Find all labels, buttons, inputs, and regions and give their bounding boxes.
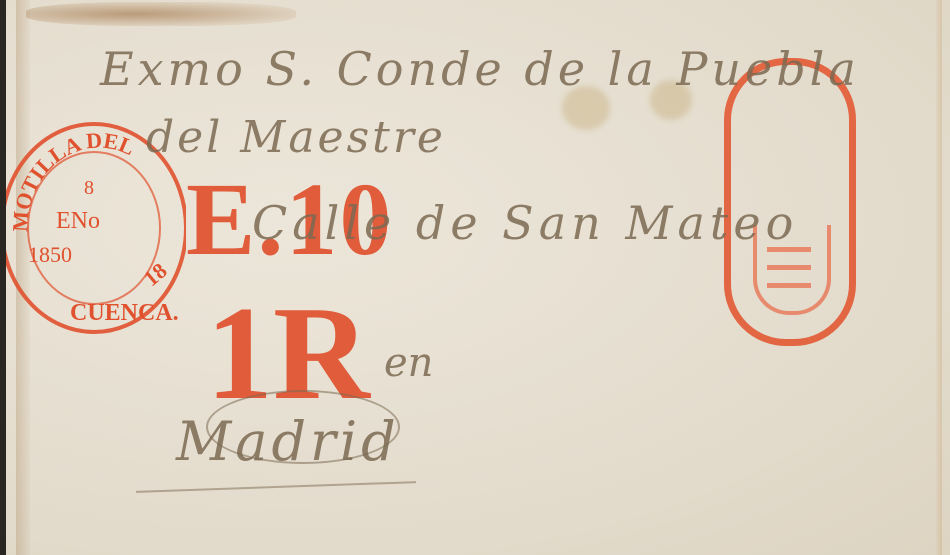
- datestamp-side-number: 18: [139, 258, 172, 291]
- datestamp-day: 8: [84, 177, 94, 199]
- address-line-4: en: [384, 340, 433, 386]
- datestamp-year: 1850: [28, 242, 72, 267]
- underline-flourish: [206, 390, 400, 464]
- address-line-2: del Maestre: [146, 112, 446, 163]
- datestamp-bottom-text: CUENCA.: [70, 300, 179, 326]
- postal-cover: MOTILLA DEL CUENCA. 18 8 ENo 1850 E.10 1…: [6, 0, 950, 555]
- datestamp-month: ENo: [56, 208, 100, 234]
- address-line-1: Exmo S. Conde de la Puebla: [100, 42, 860, 96]
- underline-stroke: [136, 481, 416, 493]
- right-fold-edge: [936, 0, 942, 555]
- top-ink-stain: [26, 2, 296, 26]
- address-line-3: Calle de San Mateo: [252, 196, 798, 250]
